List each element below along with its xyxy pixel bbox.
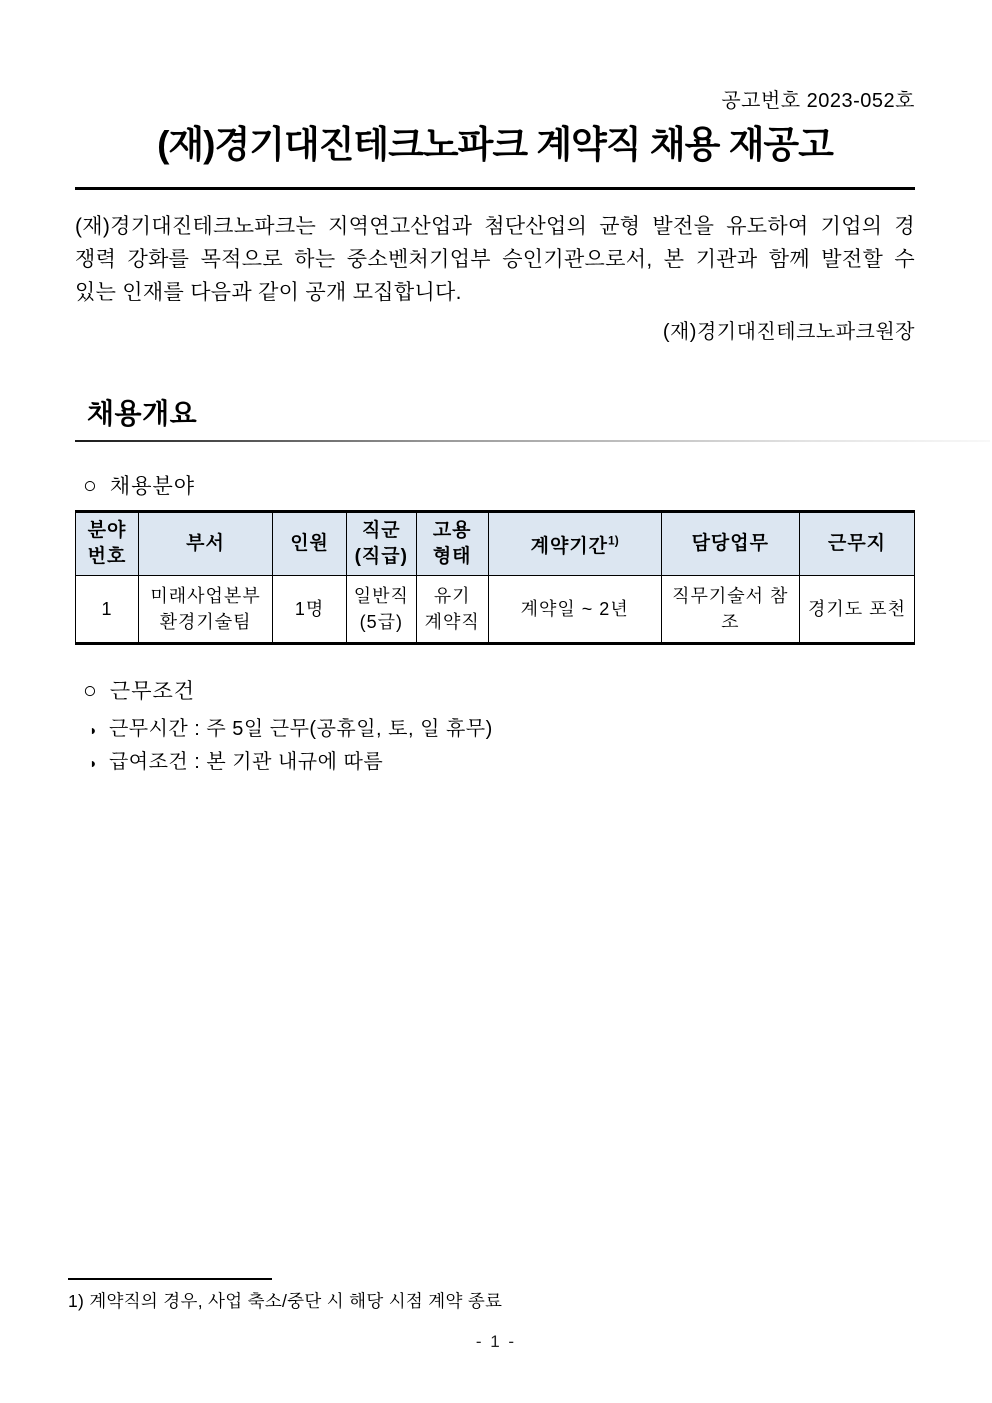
subsection-work-conditions: ○ 근무조건 bbox=[75, 675, 915, 705]
circle-bullet-icon: ○ bbox=[83, 474, 98, 497]
table-row: 1 미래사업본부 환경기술팀 1명 일반직 (5급) 유기 계약직 계약일 ~ … bbox=[76, 576, 915, 644]
notice-number: 공고번호 2023-052호 bbox=[75, 84, 915, 113]
work-conditions-list: ◗ 근무시간 : 주 5일 근무(공휴일, 토, 일 휴무) ◗ 급여조건 : … bbox=[75, 713, 915, 779]
signature-line: (재)경기대진테크노파크원장 bbox=[75, 315, 915, 344]
document-content: 공고번호 2023-052호 (재)경기대진테크노파크 계약직 채용 재공고 (… bbox=[75, 0, 915, 779]
recruit-table: 분야 번호 부서 인원 직군 (직급) 고용 형태 계약기간1) 담당업무 근무… bbox=[75, 510, 915, 645]
table-header-row: 분야 번호 부서 인원 직군 (직급) 고용 형태 계약기간1) 담당업무 근무… bbox=[76, 512, 915, 576]
header-field-number: 분야 번호 bbox=[76, 512, 139, 576]
header-job-group: 직군 (직급) bbox=[346, 512, 416, 576]
cell-duties: 직무기술서 참조 bbox=[661, 576, 799, 644]
intro-line-2: 쟁력 강화를 목적으로 하는 중소벤처기업부 승인기관으로서, 본 기관과 함께… bbox=[75, 243, 915, 276]
cell-contract-period: 계약일 ~ 2년 bbox=[488, 576, 661, 644]
cell-headcount: 1명 bbox=[273, 576, 347, 644]
circle-bullet-icon: ○ bbox=[83, 679, 98, 702]
subsection-recruit-fields: ○ 채용분야 bbox=[75, 470, 915, 500]
cell-employment-type: 유기 계약직 bbox=[416, 576, 488, 644]
footnote-marker: 1) bbox=[608, 533, 619, 547]
header-headcount: 인원 bbox=[273, 512, 347, 576]
cell-work-location: 경기도 포천 bbox=[800, 576, 915, 644]
footnote-divider bbox=[68, 1278, 272, 1280]
header-work-location: 근무지 bbox=[800, 512, 915, 576]
header-employment-type: 고용 형태 bbox=[416, 512, 488, 576]
title-divider bbox=[75, 187, 915, 190]
section-title: 채용개요 bbox=[75, 392, 915, 432]
document-title: (재)경기대진테크노파크 계약직 채용 재공고 bbox=[75, 123, 915, 167]
section-divider bbox=[75, 440, 990, 442]
header-contract-period: 계약기간1) bbox=[488, 512, 661, 576]
cell-department: 미래사업본부 환경기술팀 bbox=[138, 576, 272, 644]
intro-paragraph: (재)경기대진테크노파크는 지역연고산업과 첨단산업의 균형 발전을 유도하여 … bbox=[75, 210, 915, 309]
header-department: 부서 bbox=[138, 512, 272, 576]
footnote-text: 1) 계약직의 경우, 사업 축소/중단 시 해당 시점 계약 종료 bbox=[68, 1288, 908, 1313]
intro-line-3: 있는 인재를 다음과 같이 공개 모집합니다. bbox=[75, 276, 915, 309]
half-circle-bullet-icon: ◗ bbox=[89, 756, 98, 770]
header-duties: 담당업무 bbox=[661, 512, 799, 576]
work-hours-text: 근무시간 : 주 5일 근무(공휴일, 토, 일 휴무) bbox=[109, 713, 493, 746]
salary-text: 급여조건 : 본 기관 내규에 따름 bbox=[109, 746, 383, 779]
list-item: ◗ 근무시간 : 주 5일 근무(공휴일, 토, 일 휴무) bbox=[89, 713, 915, 746]
footnote-block: 1) 계약직의 경우, 사업 축소/중단 시 해당 시점 계약 종료 bbox=[68, 1278, 908, 1313]
subsection-label: 채용분야 bbox=[110, 470, 195, 500]
list-item: ◗ 급여조건 : 본 기관 내규에 따름 bbox=[89, 746, 915, 779]
half-circle-bullet-icon: ◗ bbox=[89, 723, 98, 737]
document-page: 공고번호 2023-052호 (재)경기대진테크노파크 계약직 채용 재공고 (… bbox=[0, 0, 992, 1403]
intro-line-1: (재)경기대진테크노파크는 지역연고산업과 첨단산업의 균형 발전을 유도하여 … bbox=[75, 210, 915, 243]
page-number: - 1 - bbox=[0, 1332, 992, 1352]
subsection-label: 근무조건 bbox=[110, 675, 195, 705]
cell-job-group: 일반직 (5급) bbox=[346, 576, 416, 644]
cell-field-number: 1 bbox=[76, 576, 139, 644]
